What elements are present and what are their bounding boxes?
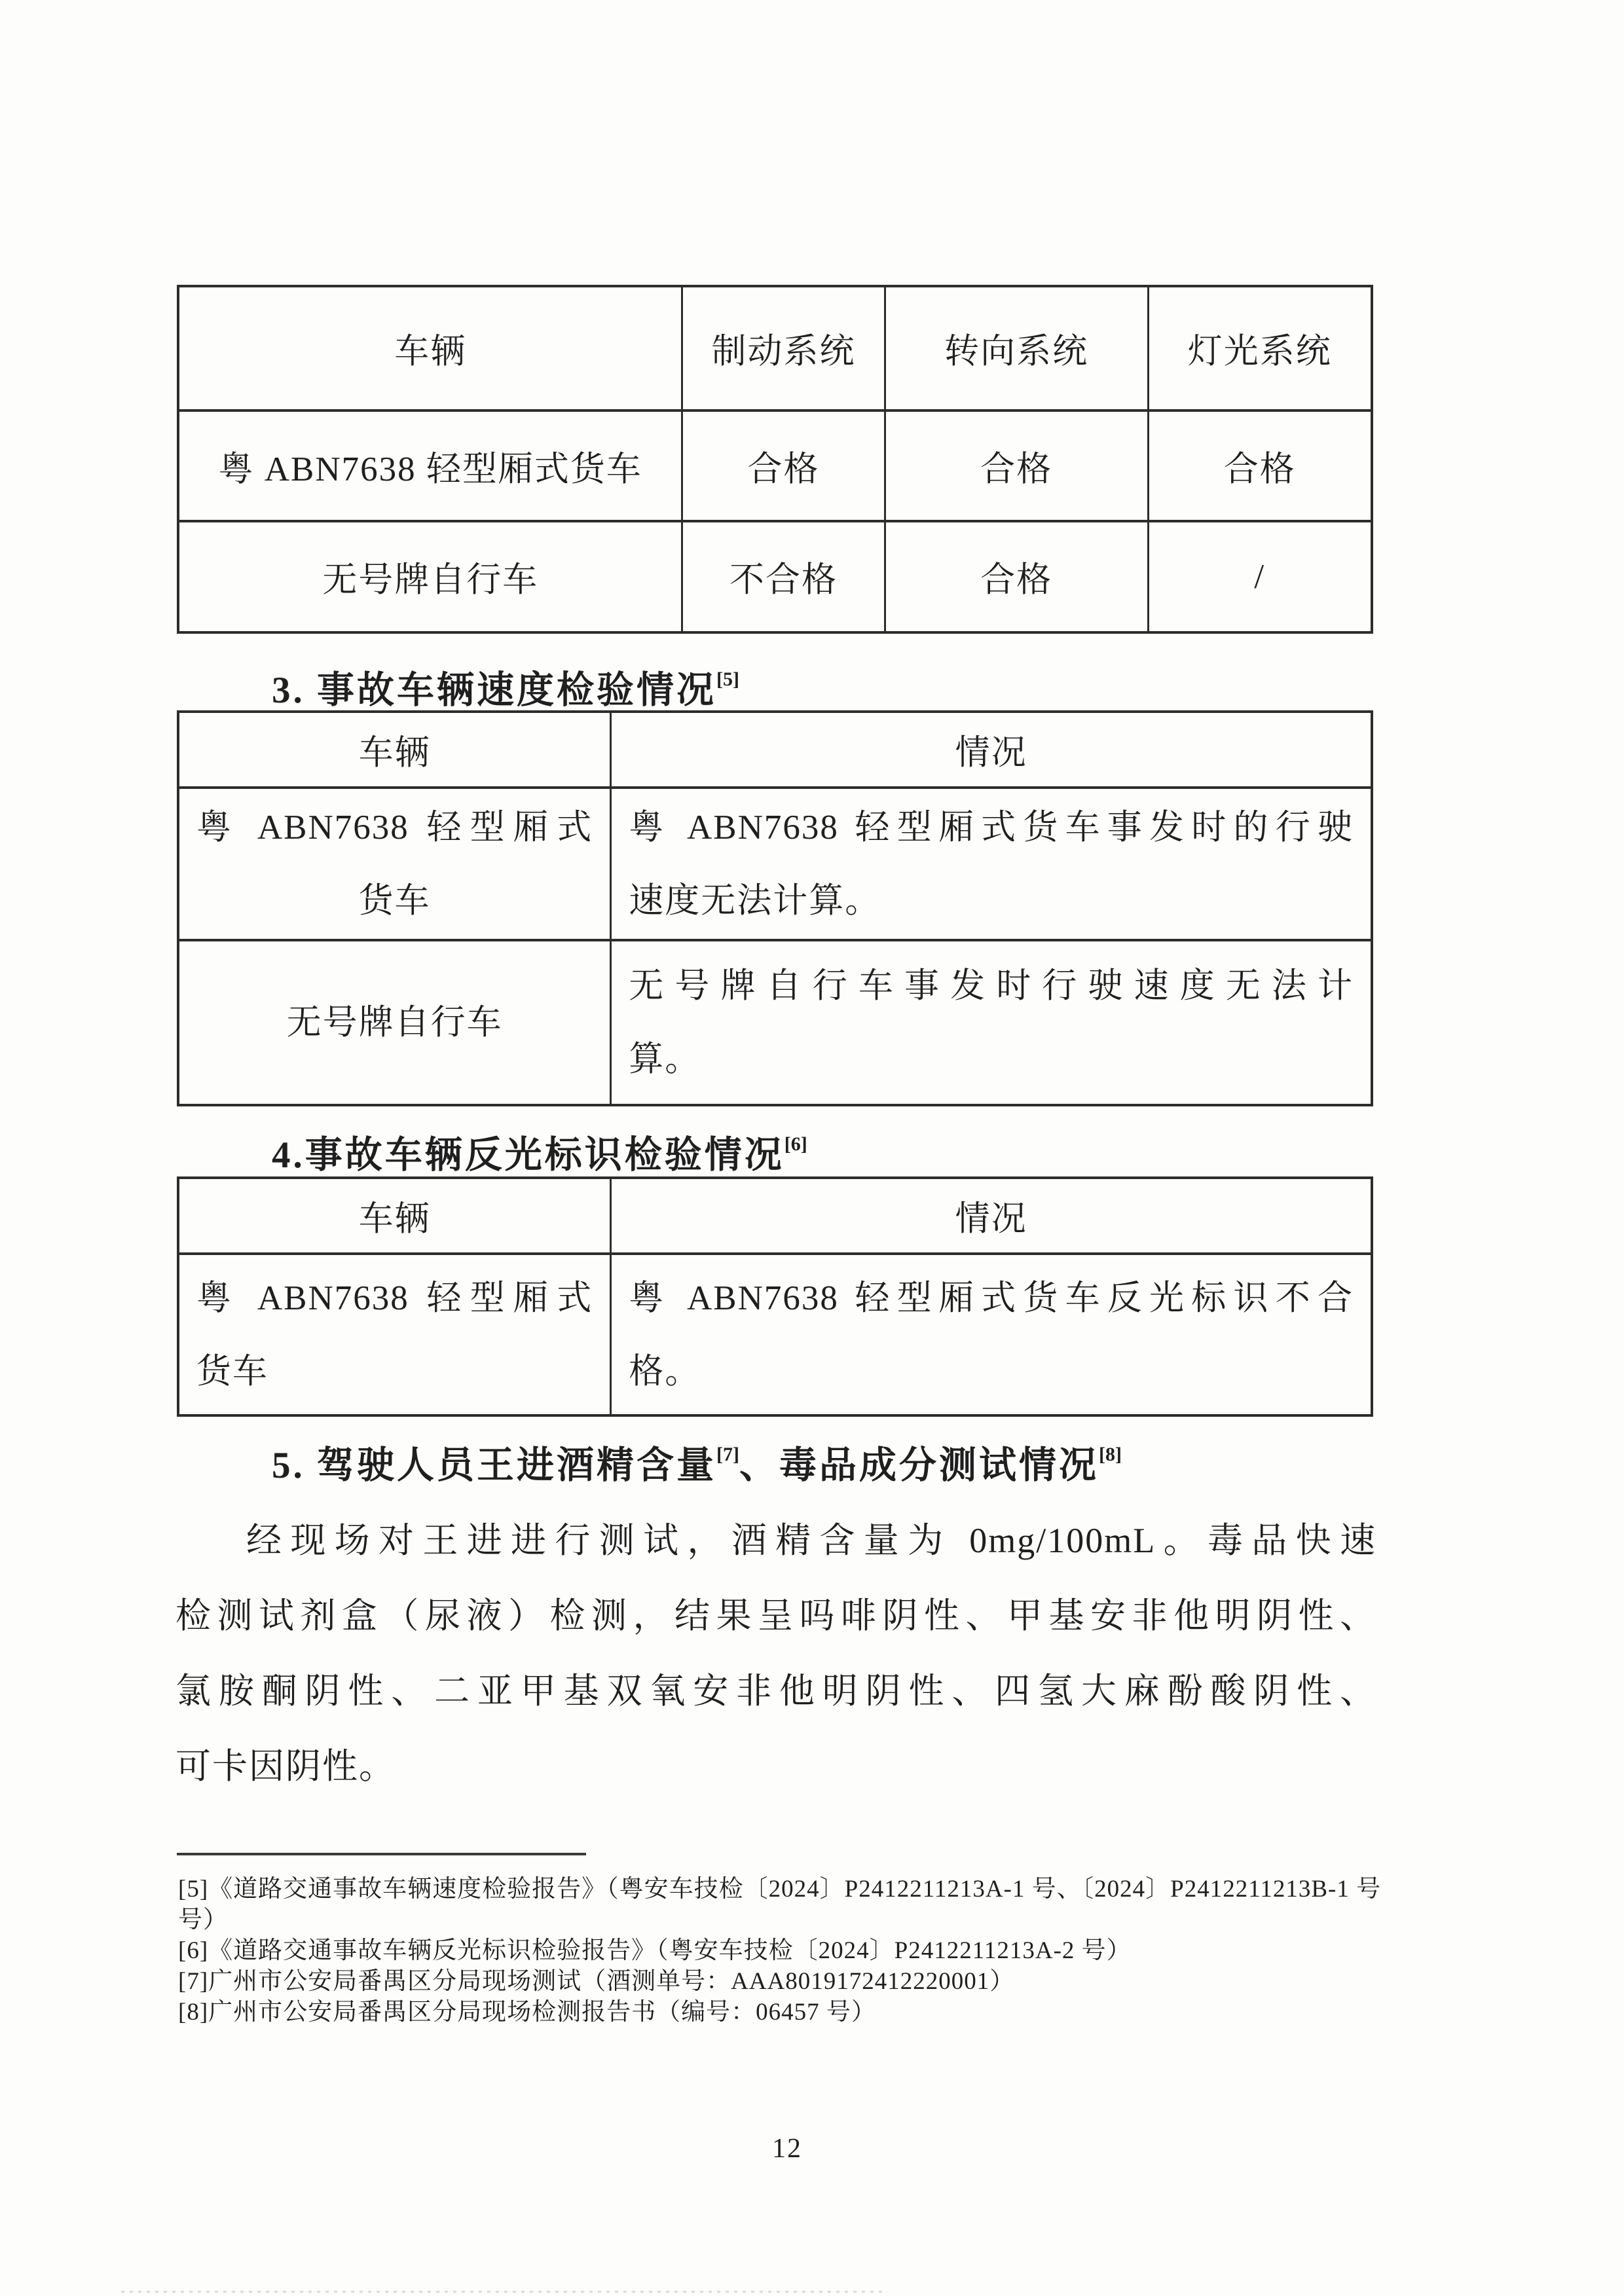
- header-cell-situation: 情况: [612, 713, 1371, 786]
- section-5-heading: 5. 驾驶人员王进酒精含量[7]、毒品成分测试情况[8]: [272, 1431, 1122, 1489]
- document-page: 车辆 制动系统 转向系统 灯光系统 粤 ABN7638 轻型厢式货车 合格 合格: [0, 0, 1624, 2296]
- section-4-heading: 4.事故车辆反光标识检验情况[6]: [272, 1121, 807, 1179]
- cell-text: 合格: [1149, 441, 1371, 491]
- header-label: 制动系统: [683, 323, 883, 373]
- cell-text-line: 算。: [612, 1023, 1371, 1096]
- cell-lighting-result: 合格: [1149, 412, 1371, 520]
- cell-text: 合格: [886, 441, 1147, 491]
- footnote-ref-8: [8]: [1099, 1444, 1122, 1465]
- footnote-line: [7]广州市公安局番禺区分局现场测试（酒测单号：AAA8019172412220…: [178, 1966, 1386, 1997]
- table-row: 无号牌自行车 不合格 合格 /: [179, 522, 1371, 631]
- footnote-ref-7: [7]: [716, 1444, 739, 1465]
- footnote-7: [7]广州市公安局番禺区分局现场测试（酒测单号：AAA8019172412220…: [178, 1966, 1386, 1997]
- reflective-marking-table: 车辆 情况 粤 ABN7638 轻型厢式 货车 粤 ABN7638 轻型厢式货车…: [177, 1176, 1373, 1417]
- cell-text-line: 货车: [179, 864, 610, 938]
- cell-text-line: 无号牌自行车: [179, 986, 610, 1059]
- footnote-ref-5: [5]: [716, 668, 739, 690]
- header-cell-brake-system: 制动系统: [683, 287, 885, 409]
- header-cell-vehicle: 车辆: [179, 713, 612, 786]
- cell-text: 粤 ABN7638 轻型厢式货车: [179, 441, 681, 491]
- footnote-line: [5]《道路交通事故车辆速度检验报告》（粤安车技检〔2024〕P24122112…: [178, 1874, 1386, 1904]
- header-label: 车辆: [179, 725, 610, 774]
- paragraph-line: 检测试剂盒（尿液）检测，结果呈吗啡阴性、甲基安非他明阴性、: [175, 1578, 1376, 1654]
- scan-artifact: [121, 2291, 887, 2293]
- cell-brake-result: 合格: [683, 412, 885, 520]
- header-label: 车辆: [179, 323, 681, 373]
- header-label: 转向系统: [886, 323, 1147, 373]
- footnote-line: [6]《道路交通事故车辆反光标识检验报告》（粤安车技检〔2024〕P241221…: [178, 1935, 1386, 1966]
- cell-text-line: 粤 ABN7638 轻型厢式: [179, 791, 610, 864]
- section-5-title-part1: 5. 驾驶人员王进酒精含量: [272, 1445, 716, 1486]
- cell-text-line: 速度无法计算。: [612, 864, 1371, 938]
- cell-lighting-result: /: [1149, 522, 1371, 631]
- footnote-8: [8]广州市公安局番禺区分局现场检测报告书（编号：06457 号）: [178, 1997, 1386, 2028]
- header-cell-vehicle: 车辆: [179, 1179, 612, 1252]
- table-header-row: 车辆 制动系统 转向系统 灯光系统: [179, 287, 1371, 412]
- speed-test-table: 车辆 情况 粤 ABN7638 轻型厢式 货车 粤 ABN7638 轻型厢式货车…: [177, 710, 1373, 1106]
- cell-text: /: [1149, 557, 1371, 596]
- section-5-title-part2: 、毒品成分测试情况: [739, 1445, 1099, 1486]
- paragraph-line: 经现场对王进进行测试，酒精含量为 0mg/100mL。毒品快速: [175, 1503, 1376, 1578]
- header-label: 车辆: [179, 1191, 610, 1241]
- cell-text-line: 粤 ABN7638 轻型厢式货车反光标识不合: [612, 1262, 1371, 1335]
- cell-steering-result: 合格: [886, 522, 1149, 631]
- cell-vehicle: 粤 ABN7638 轻型厢式货车: [179, 412, 683, 520]
- section-4-title: 4.事故车辆反光标识检验情况: [272, 1135, 784, 1176]
- header-cell-vehicle: 车辆: [179, 287, 683, 409]
- cell-vehicle: 粤 ABN7638 轻型厢式 货车: [179, 789, 612, 939]
- table-row: 粤 ABN7638 轻型厢式货车 合格 合格 合格: [179, 412, 1371, 522]
- table-row: 无号牌自行车 无号牌自行车事发时行驶速度无法计 算。: [179, 941, 1371, 1104]
- header-cell-lighting-system: 灯光系统: [1149, 287, 1371, 409]
- cell-text-line: 粤 ABN7638 轻型厢式货车事发时的行驶: [612, 791, 1371, 864]
- footnote-ref-6: [6]: [784, 1133, 807, 1155]
- cell-situation: 无号牌自行车事发时行驶速度无法计 算。: [612, 941, 1371, 1104]
- header-cell-situation: 情况: [612, 1179, 1371, 1252]
- cell-text: 无号牌自行车: [179, 552, 681, 602]
- table-header-row: 车辆 情况: [179, 713, 1371, 789]
- footnote-separator: [177, 1853, 586, 1855]
- footnotes: [5]《道路交通事故车辆速度检验报告》（粤安车技检〔2024〕P24122112…: [178, 1874, 1386, 2028]
- footnote-5: [5]《道路交通事故车辆速度检验报告》（粤安车技检〔2024〕P24122112…: [178, 1874, 1386, 1935]
- cell-steering-result: 合格: [886, 412, 1149, 520]
- paragraph-line: 氯胺酮阴性、二亚甲基双氧安非他明阴性、四氢大麻酚酸阴性、: [175, 1654, 1376, 1729]
- header-label: 情况: [612, 725, 1371, 774]
- section-3-title: 3. 事故车辆速度检验情况: [272, 670, 716, 711]
- cell-text-line: 货车: [179, 1335, 610, 1408]
- body-paragraph: 经现场对王进进行测试，酒精含量为 0mg/100mL。毒品快速 检测试剂盒（尿液…: [175, 1503, 1376, 1804]
- cell-text-line: 格。: [612, 1335, 1371, 1408]
- section-3-heading: 3. 事故车辆速度检验情况[5]: [272, 656, 739, 714]
- cell-situation: 粤 ABN7638 轻型厢式货车事发时的行驶 速度无法计算。: [612, 789, 1371, 939]
- paragraph-line: 可卡因阴性。: [175, 1729, 1376, 1804]
- header-label: 灯光系统: [1149, 323, 1371, 373]
- footnote-6: [6]《道路交通事故车辆反光标识检验报告》（粤安车技检〔2024〕P241221…: [178, 1935, 1386, 1966]
- footnote-line: 号）: [178, 1904, 1386, 1935]
- cell-vehicle: 无号牌自行车: [179, 941, 612, 1104]
- header-label: 情况: [612, 1191, 1371, 1241]
- footnote-line: [8]广州市公安局番禺区分局现场检测报告书（编号：06457 号）: [178, 1997, 1386, 2028]
- cell-brake-result: 不合格: [683, 522, 885, 631]
- table-header-row: 车辆 情况: [179, 1179, 1371, 1255]
- cell-vehicle: 无号牌自行车: [179, 522, 683, 631]
- page-number: 12: [0, 2133, 1574, 2164]
- cell-text: 合格: [683, 441, 883, 491]
- cell-text-line: 无号牌自行车事发时行驶速度无法计: [612, 949, 1371, 1023]
- header-cell-steering-system: 转向系统: [886, 287, 1149, 409]
- table-row: 粤 ABN7638 轻型厢式 货车 粤 ABN7638 轻型厢式货车反光标识不合…: [179, 1255, 1371, 1414]
- cell-situation: 粤 ABN7638 轻型厢式货车反光标识不合 格。: [612, 1255, 1371, 1414]
- vehicle-systems-table: 车辆 制动系统 转向系统 灯光系统 粤 ABN7638 轻型厢式货车 合格 合格: [177, 285, 1373, 634]
- cell-text: 合格: [886, 552, 1147, 602]
- cell-text: 不合格: [683, 552, 883, 602]
- table-row: 粤 ABN7638 轻型厢式 货车 粤 ABN7638 轻型厢式货车事发时的行驶…: [179, 789, 1371, 941]
- cell-text-line: 粤 ABN7638 轻型厢式: [179, 1262, 610, 1335]
- cell-vehicle: 粤 ABN7638 轻型厢式 货车: [179, 1255, 612, 1414]
